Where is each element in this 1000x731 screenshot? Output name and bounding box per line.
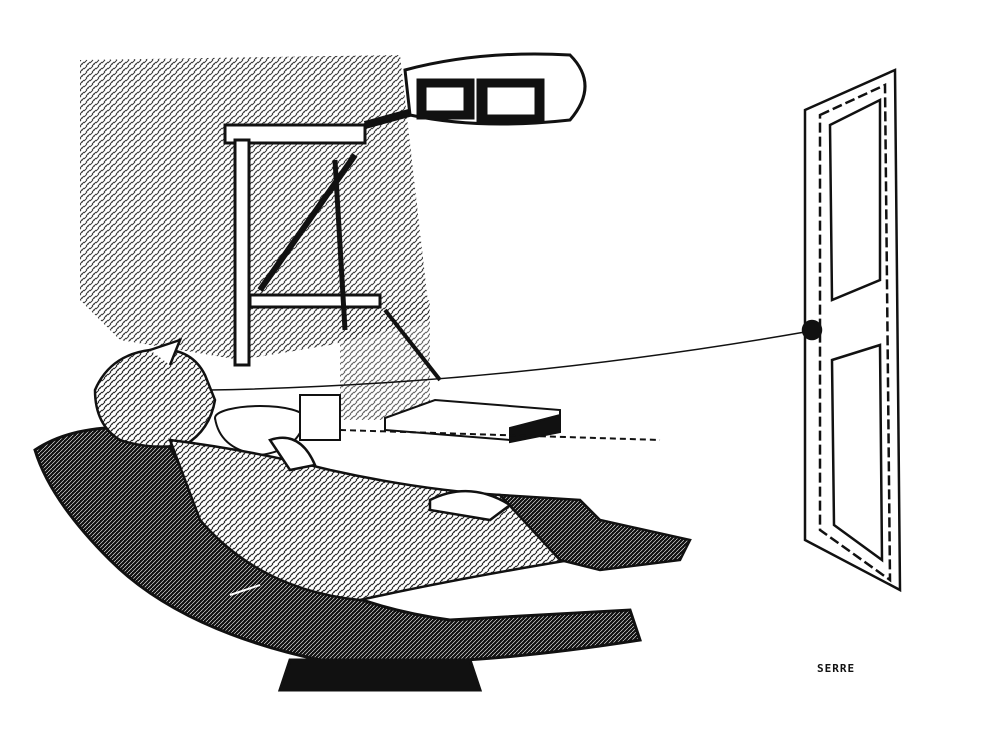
doorknob <box>803 321 821 339</box>
dental-lamp <box>405 54 585 124</box>
door <box>803 70 900 590</box>
illustration <box>0 0 1000 731</box>
artist-signature: SERRE <box>817 662 855 675</box>
